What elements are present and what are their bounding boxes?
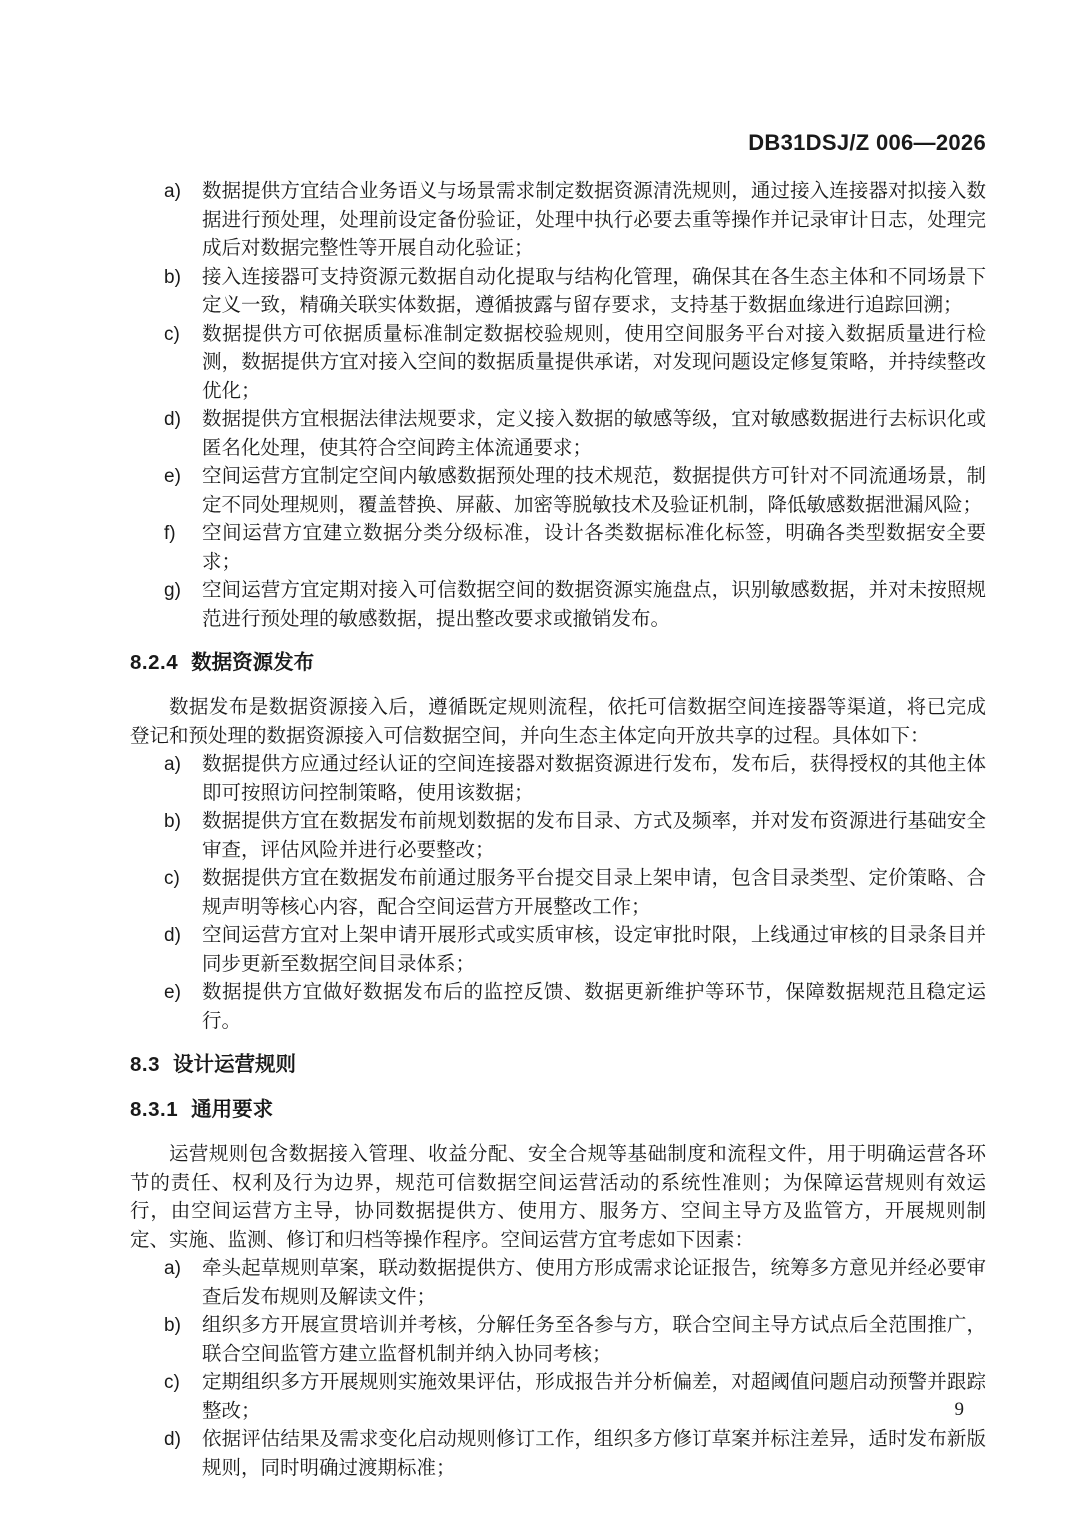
list-item: f) 空间运营方宜建立数据分类分级标准，设计各类数据标准化标签，明确各类型数据安… <box>130 520 986 577</box>
list-item: c) 数据提供方宜在数据发布前通过服务平台提交目录上架申请，包含目录类型、定价策… <box>130 865 986 922</box>
section-heading-8-2-4: 8.2.4数据资源发布 <box>130 649 986 677</box>
list-item: e) 数据提供方宜做好数据发布后的监控反馈、数据更新维护等环节，保障数据规范且稳… <box>130 979 986 1036</box>
page-content: DB31DSJ/Z 006—2026 a) 数据提供方宜结合业务语义与场景需求制… <box>130 130 986 1483</box>
list-item: c) 定期组织多方开展规则实施效果评估，形成报告并分析偏差，对超阈值问题启动预警… <box>130 1369 986 1426</box>
list-item: a) 数据提供方宜结合业务语义与场景需求制定数据资源清洗规则，通过接入连接器对拟… <box>130 178 986 264</box>
list-item: c) 数据提供方可依据质量标准制定数据校验规则，使用空间服务平台对接入数据质量进… <box>130 321 986 407</box>
list-item-text: 接入连接器可支持资源元数据自动化提取与结构化管理，确保其在各生态主体和不同场景下… <box>202 267 986 317</box>
list-item-label: d) <box>164 406 181 435</box>
list-item: b) 数据提供方宜在数据发布前规划数据的发布目录、方式及频率，并对发布资源进行基… <box>130 808 986 865</box>
list-operation-rules: a) 牵头起草规则草案，联动数据提供方、使用方形成需求论证报告，统筹多方意见并经… <box>130 1255 986 1483</box>
section-heading-8-3: 8.3设计运营规则 <box>130 1051 986 1079</box>
list-item-label: d) <box>164 1426 181 1455</box>
list-item-text: 牵头起草规则草案，联动数据提供方、使用方形成需求论证报告，统筹多方意见并经必要审… <box>202 1258 986 1308</box>
list-item: d) 数据提供方宜根据法律法规要求，定义接入数据的敏感等级，宜对敏感数据进行去标… <box>130 406 986 463</box>
list-item-text: 数据提供方可依据质量标准制定数据校验规则，使用空间服务平台对接入数据质量进行检测… <box>202 324 986 402</box>
list-item-text: 定期组织多方开展规则实施效果评估，形成报告并分析偏差，对超阈值问题启动预警并跟踪… <box>202 1372 986 1422</box>
list-item-label: b) <box>164 808 181 837</box>
list-item-text: 依据评估结果及需求变化启动规则修订工作，组织多方修订草案并标注差异，适时发布新版… <box>202 1429 986 1479</box>
document-page: DB31DSJ/Z 006—2026 a) 数据提供方宜结合业务语义与场景需求制… <box>0 0 1080 1528</box>
list-item-text: 数据提供方应通过经认证的空间连接器对数据资源进行发布，发布后，获得授权的其他主体… <box>202 754 986 804</box>
doc-code-header: DB31DSJ/Z 006—2026 <box>130 130 986 156</box>
list-item-label: e) <box>164 463 181 492</box>
list-item-text: 空间运营方宜制定空间内敏感数据预处理的技术规范，数据提供方可针对不同流通场景，制… <box>202 466 986 516</box>
list-item-label: e) <box>164 979 181 1008</box>
section-title: 通用要求 <box>191 1098 273 1121</box>
list-item-label: a) <box>164 751 181 780</box>
list-item: e) 空间运营方宜制定空间内敏感数据预处理的技术规范，数据提供方可针对不同流通场… <box>130 463 986 520</box>
list-item-text: 数据提供方宜根据法律法规要求，定义接入数据的敏感等级，宜对敏感数据进行去标识化或… <box>202 409 986 459</box>
list-item-label: d) <box>164 922 181 951</box>
section-number: 8.3.1 <box>130 1096 178 1124</box>
list-data-preprocessing: a) 数据提供方宜结合业务语义与场景需求制定数据资源清洗规则，通过接入连接器对拟… <box>130 178 986 634</box>
list-item-label: c) <box>164 1369 180 1398</box>
list-item: a) 牵头起草规则草案，联动数据提供方、使用方形成需求论证报告，统筹多方意见并经… <box>130 1255 986 1312</box>
list-item-text: 空间运营方宜建立数据分类分级标准，设计各类数据标准化标签，明确各类型数据安全要求… <box>202 523 986 573</box>
list-item-label: b) <box>164 264 181 293</box>
list-item: d) 空间运营方宜对上架申请开展形式或实质审核，设定审批时限，上线通过审核的目录… <box>130 922 986 979</box>
list-item-text: 数据提供方宜在数据发布前通过服务平台提交目录上架申请，包含目录类型、定价策略、合… <box>202 868 986 918</box>
list-item: b) 组织多方开展宣贯培训并考核，分解任务至各参与方，联合空间主导方试点后全范围… <box>130 1312 986 1369</box>
page-number: 9 <box>955 1398 965 1422</box>
list-item-text: 组织多方开展宣贯培训并考核，分解任务至各参与方，联合空间主导方试点后全范围推广，… <box>202 1315 986 1365</box>
list-item-label: b) <box>164 1312 181 1341</box>
section-title: 数据资源发布 <box>191 651 314 674</box>
paragraph-data-publish-intro: 数据发布是数据资源接入后，遵循既定规则流程，依托可信数据空间连接器等渠道，将已完… <box>130 694 986 751</box>
list-item-text: 数据提供方宜结合业务语义与场景需求制定数据资源清洗规则，通过接入连接器对拟接入数… <box>202 181 986 259</box>
list-data-publish: a) 数据提供方应通过经认证的空间连接器对数据资源进行发布，发布后，获得授权的其… <box>130 751 986 1036</box>
list-item-label: f) <box>164 520 176 549</box>
section-title: 设计运营规则 <box>173 1053 296 1076</box>
list-item-text: 空间运营方宜定期对接入可信数据空间的数据资源实施盘点，识别敏感数据，并对未按照规… <box>202 580 986 630</box>
section-number: 8.2.4 <box>130 649 178 677</box>
list-item-label: g) <box>164 577 181 606</box>
list-item-label: a) <box>164 1255 181 1284</box>
section-heading-8-3-1: 8.3.1通用要求 <box>130 1096 986 1124</box>
section-number: 8.3 <box>130 1051 160 1079</box>
list-item-label: a) <box>164 178 181 207</box>
list-item: a) 数据提供方应通过经认证的空间连接器对数据资源进行发布，发布后，获得授权的其… <box>130 751 986 808</box>
list-item: b) 接入连接器可支持资源元数据自动化提取与结构化管理，确保其在各生态主体和不同… <box>130 264 986 321</box>
paragraph-rules-intro: 运营规则包含数据接入管理、收益分配、安全合规等基础制度和流程文件，用于明确运营各… <box>130 1141 986 1255</box>
list-item-label: c) <box>164 865 180 894</box>
list-item: d) 依据评估结果及需求变化启动规则修订工作，组织多方修订草案并标注差异，适时发… <box>130 1426 986 1483</box>
list-item: g) 空间运营方宜定期对接入可信数据空间的数据资源实施盘点，识别敏感数据，并对未… <box>130 577 986 634</box>
list-item-text: 空间运营方宜对上架申请开展形式或实质审核，设定审批时限，上线通过审核的目录条目并… <box>202 925 986 975</box>
list-item-text: 数据提供方宜做好数据发布后的监控反馈、数据更新维护等环节，保障数据规范且稳定运行… <box>202 982 986 1032</box>
list-item-label: c) <box>164 321 180 350</box>
list-item-text: 数据提供方宜在数据发布前规划数据的发布目录、方式及频率，并对发布资源进行基础安全… <box>202 811 986 861</box>
